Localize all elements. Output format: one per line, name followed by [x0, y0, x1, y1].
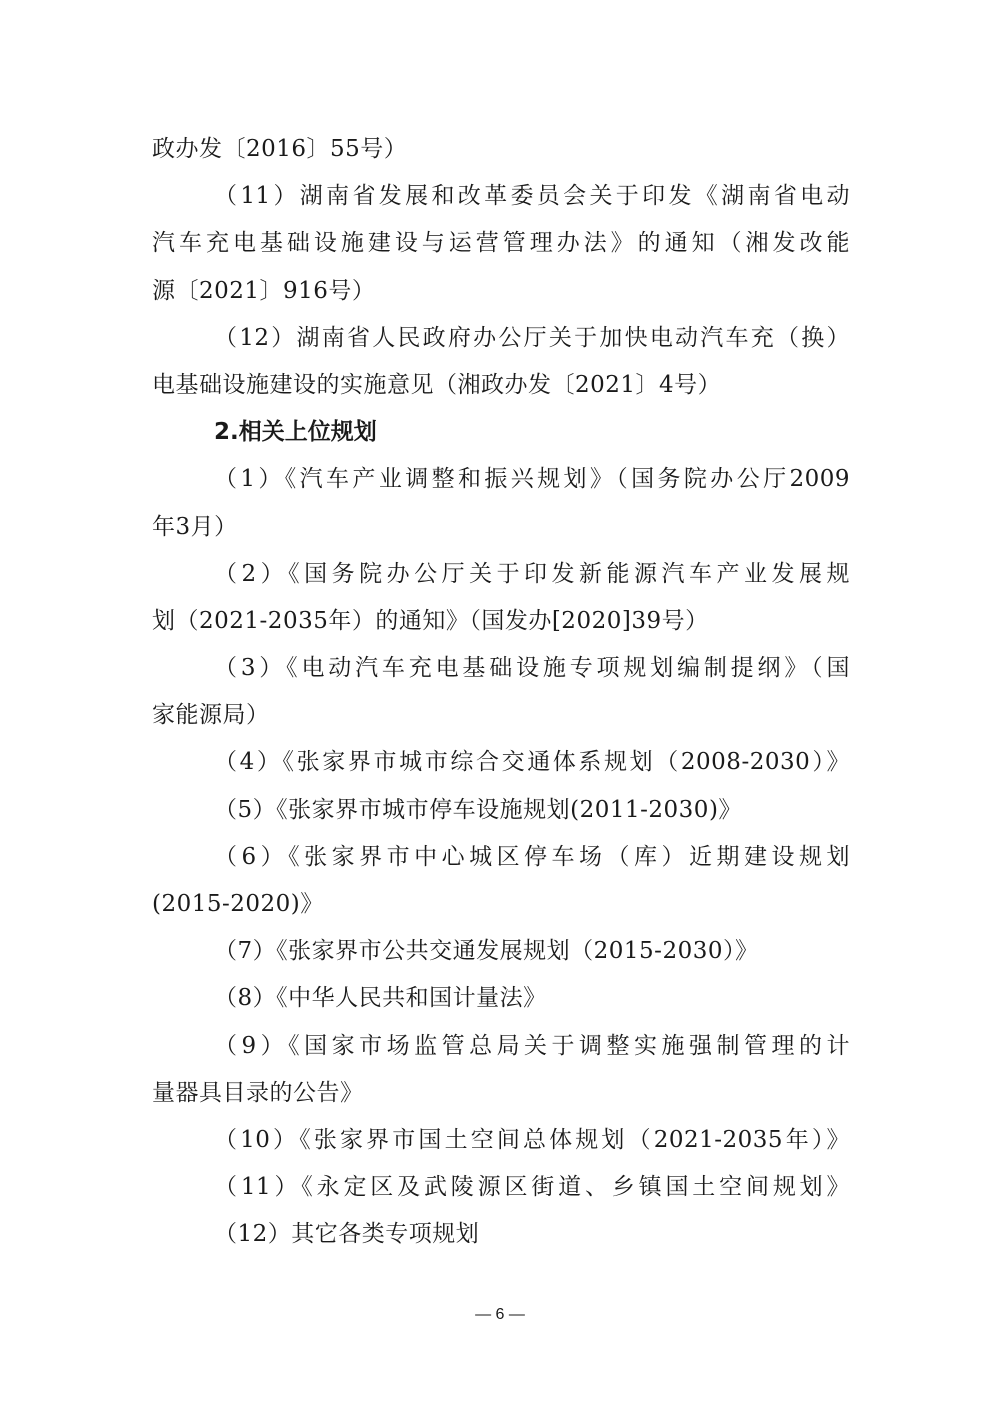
text-line: 家能源局）: [152, 692, 850, 739]
text-line: 电基础设施建设的实施意见（湘政办发〔2021〕4号）: [152, 362, 850, 409]
list-item: （8）《中华人民共和国计量法》: [152, 975, 850, 1022]
list-item: （11）《永定区及武陵源区街道、乡镇国土空间规划》: [152, 1164, 850, 1211]
list-item: （4）《张家界市城市综合交通体系规划（2008-2030）》: [152, 739, 850, 786]
list-item: （3）《电动汽车充电基础设施专项规划编制提纲》（国: [152, 645, 850, 692]
text-line: 汽车充电基础设施建设与运营管理办法》的通知（湘发改能: [152, 220, 850, 267]
text-line: 年3月）: [152, 504, 850, 551]
list-item: （9）《国家市场监管总局关于调整实施强制管理的计: [152, 1023, 850, 1070]
section-heading: 2.相关上位规划: [152, 409, 850, 456]
text-line: (2015-2020)》: [152, 881, 850, 928]
list-item: （12）湖南省人民政府办公厅关于加快电动汽车充（换）: [152, 315, 850, 362]
text-line: 源〔2021〕916号）: [152, 268, 850, 315]
document-page: 政办发〔2016〕55号） （11）湖南省发展和改革委员会关于印发《湖南省电动 …: [152, 126, 850, 1259]
list-item: （6）《张家界市中心城区停车场（库）近期建设规划: [152, 834, 850, 881]
list-item: （12）其它各类专项规划: [152, 1211, 850, 1258]
text-line: 划（2021-2035年）的通知》（国发办[2020]39号）: [152, 598, 850, 645]
list-item: （7）《张家界市公共交通发展规划（2015-2030）》: [152, 928, 850, 975]
list-item: （1）《汽车产业调整和振兴规划》（国务院办公厅2009: [152, 456, 850, 503]
list-item: （10）《张家界市国土空间总体规划（2021-2035年）》: [152, 1117, 850, 1164]
list-item: （5）《张家界市城市停车设施规划(2011-2030)》: [152, 787, 850, 834]
list-item: （11）湖南省发展和改革委员会关于印发《湖南省电动: [152, 173, 850, 220]
text-line: 量器具目录的公告》: [152, 1070, 850, 1117]
page-number: — 6 —: [0, 1306, 1000, 1324]
text-line: 政办发〔2016〕55号）: [152, 126, 850, 173]
list-item: （2）《国务院办公厅关于印发新能源汽车产业发展规: [152, 551, 850, 598]
